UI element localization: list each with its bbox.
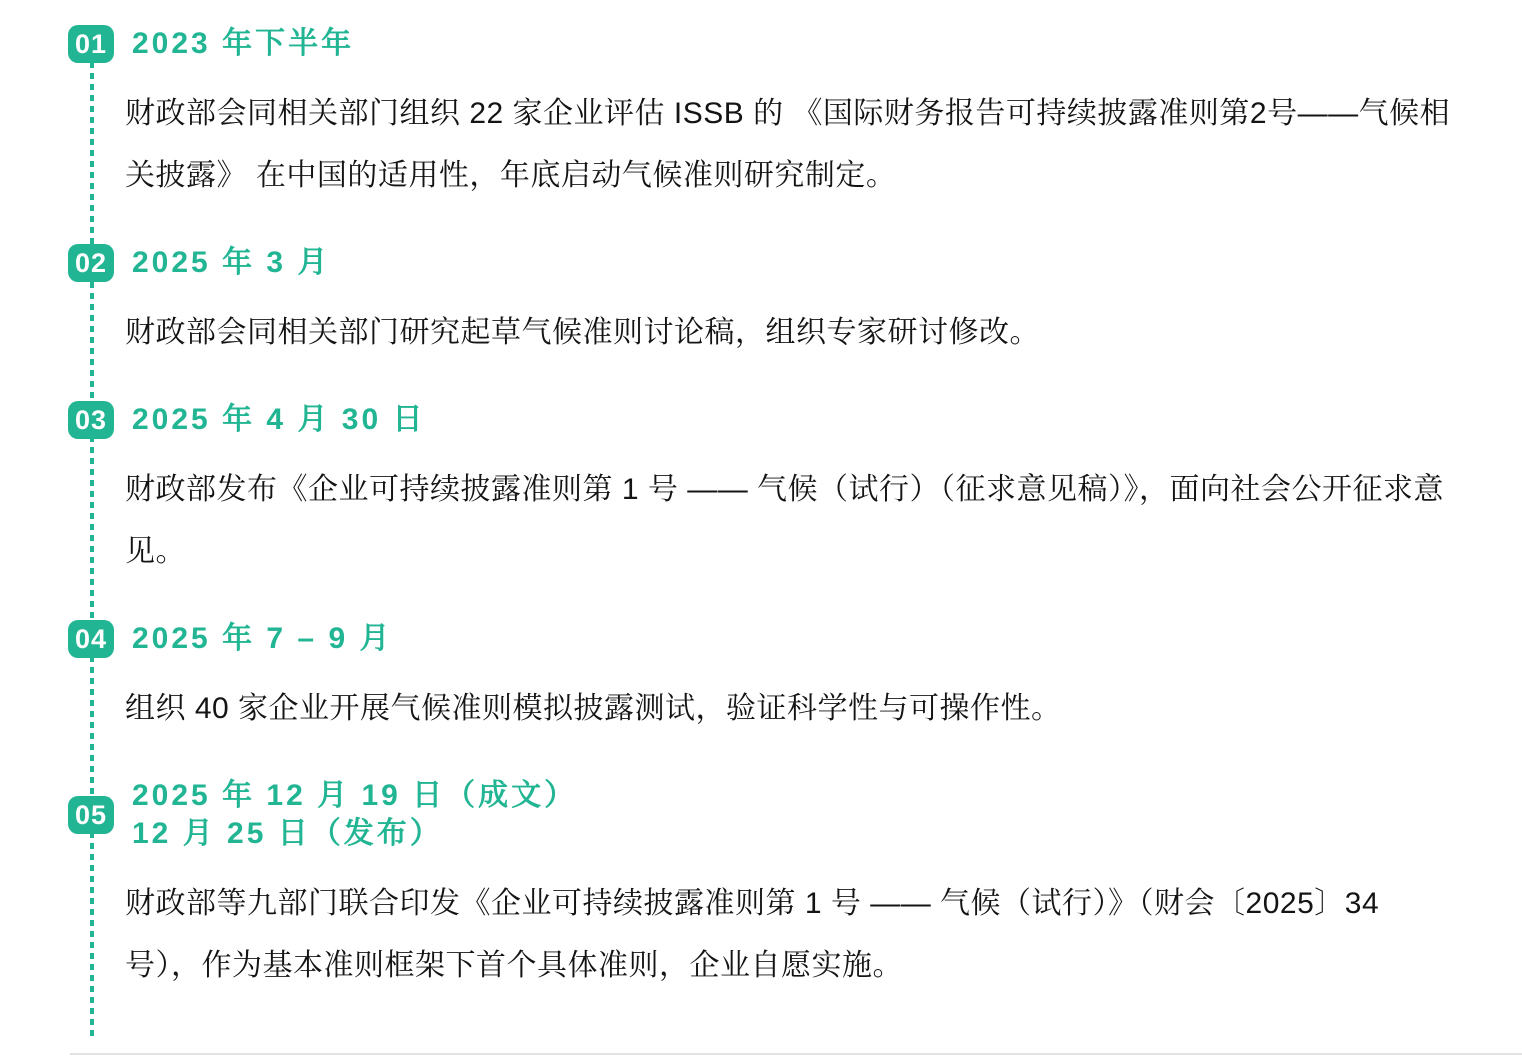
step-date-line1: 2025 年 3 月: [132, 244, 330, 282]
step-date: 2025 年 7 – 9 月: [132, 620, 392, 658]
step-description: 组织 40 家企业开展气候准则模拟披露测试，验证科学性与可操作性。: [125, 678, 1452, 740]
step-description: 财政部会同相关部门研究起草气候准则讨论稿，组织专家研讨修改。: [125, 302, 1452, 364]
step-date: 2025 年 12 月 19 日（成文） 12 月 25 日（发布）: [132, 777, 577, 853]
step-description: 财政部会同相关部门组织 22 家企业评估 ISSB 的 《国际财务报告可持续披露…: [125, 83, 1452, 207]
timeline-item-05: 05 2025 年 12 月 19 日（成文） 12 月 25 日（发布） 财政…: [68, 777, 1452, 997]
step-number-badge: 03: [68, 401, 114, 439]
step-date: 2025 年 3 月: [132, 244, 330, 282]
item-header: 02 2025 年 3 月: [68, 244, 1452, 282]
step-number-badge: 02: [68, 244, 114, 282]
step-date: 2025 年 4 月 30 日: [132, 401, 425, 439]
timeline-item-04: 04 2025 年 7 – 9 月 组织 40 家企业开展气候准则模拟披露测试，…: [68, 620, 1452, 740]
timeline-item-03: 03 2025 年 4 月 30 日 财政部发布《企业可持续披露准则第 1 号 …: [68, 401, 1452, 583]
timeline-item-01: 01 2023 年下半年 财政部会同相关部门组织 22 家企业评估 ISSB 的…: [68, 25, 1452, 207]
step-number-badge: 05: [68, 796, 114, 834]
step-date-line1: 2023 年下半年: [132, 25, 354, 63]
item-header: 05 2025 年 12 月 19 日（成文） 12 月 25 日（发布）: [68, 777, 1452, 853]
step-number-badge: 04: [68, 620, 114, 658]
step-description: 财政部发布《企业可持续披露准则第 1 号 —— 气候（试行）（征求意见稿）》，面…: [125, 459, 1452, 583]
timeline-item-02: 02 2025 年 3 月 财政部会同相关部门研究起草气候准则讨论稿，组织专家研…: [68, 244, 1452, 364]
step-date-line1: 2025 年 7 – 9 月: [132, 620, 392, 658]
step-date-line2: 12 月 25 日（发布）: [132, 815, 577, 853]
item-header: 01 2023 年下半年: [68, 25, 1452, 63]
bottom-divider-line: [70, 1053, 1522, 1055]
item-header: 04 2025 年 7 – 9 月: [68, 620, 1452, 658]
step-number-badge: 01: [68, 25, 114, 63]
item-header: 03 2025 年 4 月 30 日: [68, 401, 1452, 439]
step-date-line1: 2025 年 12 月 19 日（成文）: [132, 777, 577, 815]
timeline: 01 2023 年下半年 财政部会同相关部门组织 22 家企业评估 ISSB 的…: [0, 0, 1522, 1058]
step-date: 2023 年下半年: [132, 25, 354, 63]
step-description: 财政部等九部门联合印发《企业可持续披露准则第 1 号 —— 气候（试行）》（财会…: [125, 873, 1452, 997]
step-date-line1: 2025 年 4 月 30 日: [132, 401, 425, 439]
